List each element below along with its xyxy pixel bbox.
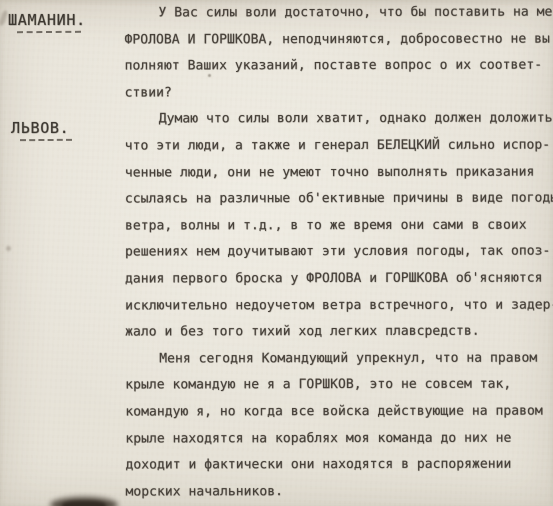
- speaker-underline: [20, 139, 72, 141]
- document-page: ШАМАНИН. ЛЬВОВ. У Вас силы воли достаточ…: [0, 0, 553, 506]
- speaker-underline: [17, 31, 81, 33]
- transcript-line: морских начальников.: [125, 483, 553, 506]
- transcript-line: ченные люди, они не умеют точно выполнят…: [125, 164, 553, 192]
- transcript-line: крыле находятся на кораблях моя команда …: [125, 430, 553, 458]
- transcript-line: ствии?: [125, 84, 553, 112]
- speaker-label-shamanin: ШАМАНИН.: [8, 11, 86, 29]
- transcript-line: У Вас силы воли достаточно, что бы поста…: [124, 5, 553, 33]
- transcript-line: ветра, волны и т.д., в то же время они с…: [125, 217, 553, 245]
- transcript-line: решениях нем доучитывают эти условия пог…: [125, 244, 553, 272]
- scan-speck: [6, 246, 11, 251]
- transcript-line: Меня сегодня Командующий упрекнул, что н…: [125, 350, 553, 378]
- transcript-line: полняют Ваших указаний, поставте вопрос …: [125, 58, 553, 86]
- transcript-line: ссылаясь на различные об'ективные причин…: [125, 191, 553, 219]
- transcript-line: жало и без того тихий ход легких плавсре…: [125, 324, 553, 352]
- transcript-line: крыле командую не я а ГОРШКОВ, это не со…: [125, 377, 553, 405]
- transcript-line: что эти люди, а также и генерал БЕЛЕЦКИЙ…: [125, 137, 553, 165]
- transcript-line: дания первого броска у ФРОЛОВА и ГОРШКОВ…: [125, 270, 553, 298]
- scan-speck: [208, 74, 211, 77]
- scan-smudge: [62, 501, 106, 506]
- transcript-text: У Вас силы воли достаточно, что бы поста…: [124, 5, 553, 506]
- transcript-line: исключительно недоучетом ветра встречног…: [125, 297, 553, 325]
- transcript-line: доходит и фактически они находятся в рас…: [125, 457, 553, 485]
- scanned-document: { "colors": { "paper": "#e8e4da", "ink":…: [0, 0, 553, 506]
- speaker-label-lvov: ЛЬВОВ.: [11, 119, 69, 137]
- transcript-line: командую я, но когда все войска действую…: [125, 403, 553, 431]
- transcript-line: ФРОЛОВА И ГОРШКОВА, неподчиняются, добро…: [125, 31, 553, 59]
- transcript-line: Думаю что силы воли хватит, однако долже…: [125, 111, 553, 139]
